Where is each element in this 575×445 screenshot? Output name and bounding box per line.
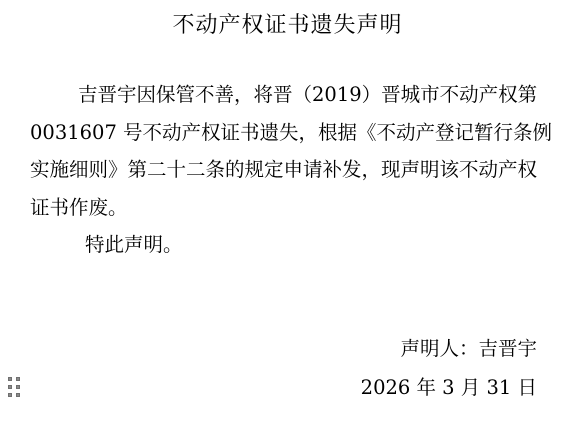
drag-handle-dot: [16, 385, 20, 389]
drag-handle-dot: [8, 385, 12, 389]
drag-handle-dot: [16, 393, 20, 397]
signature-block: 声明人：吉晋宇 2026 年 3 月 31 日: [361, 329, 537, 407]
body-line-2: 0031607 号不动产权证书遗失，根据《不动产登记暂行条例: [30, 114, 547, 152]
body-line-1: 吉晋宇因保管不善，将晋（2019）晋城市不动产权第: [30, 76, 547, 114]
body-line-closing: 特此声明。: [30, 226, 547, 264]
document-page: 不动产权证书遗失声明 吉晋宇因保管不善，将晋（2019）晋城市不动产权第 003…: [0, 0, 575, 445]
document-body: 吉晋宇因保管不善，将晋（2019）晋城市不动产权第 0031607 号不动产权证…: [30, 76, 547, 264]
date-line: 2026 年 3 月 31 日: [361, 368, 537, 407]
document-title: 不动产权证书遗失声明: [0, 8, 575, 39]
drag-handle-dot: [8, 393, 12, 397]
body-line-3: 实施细则》第二十二条的规定申请补发，现声明该不动产权: [30, 151, 547, 189]
declarer-line: 声明人：吉晋宇: [361, 329, 537, 368]
body-line-4: 证书作废。: [30, 189, 547, 227]
drag-handle-dot: [8, 377, 12, 381]
drag-handle-dot: [16, 377, 20, 381]
paragraph-drag-handle-icon[interactable]: [8, 377, 20, 397]
